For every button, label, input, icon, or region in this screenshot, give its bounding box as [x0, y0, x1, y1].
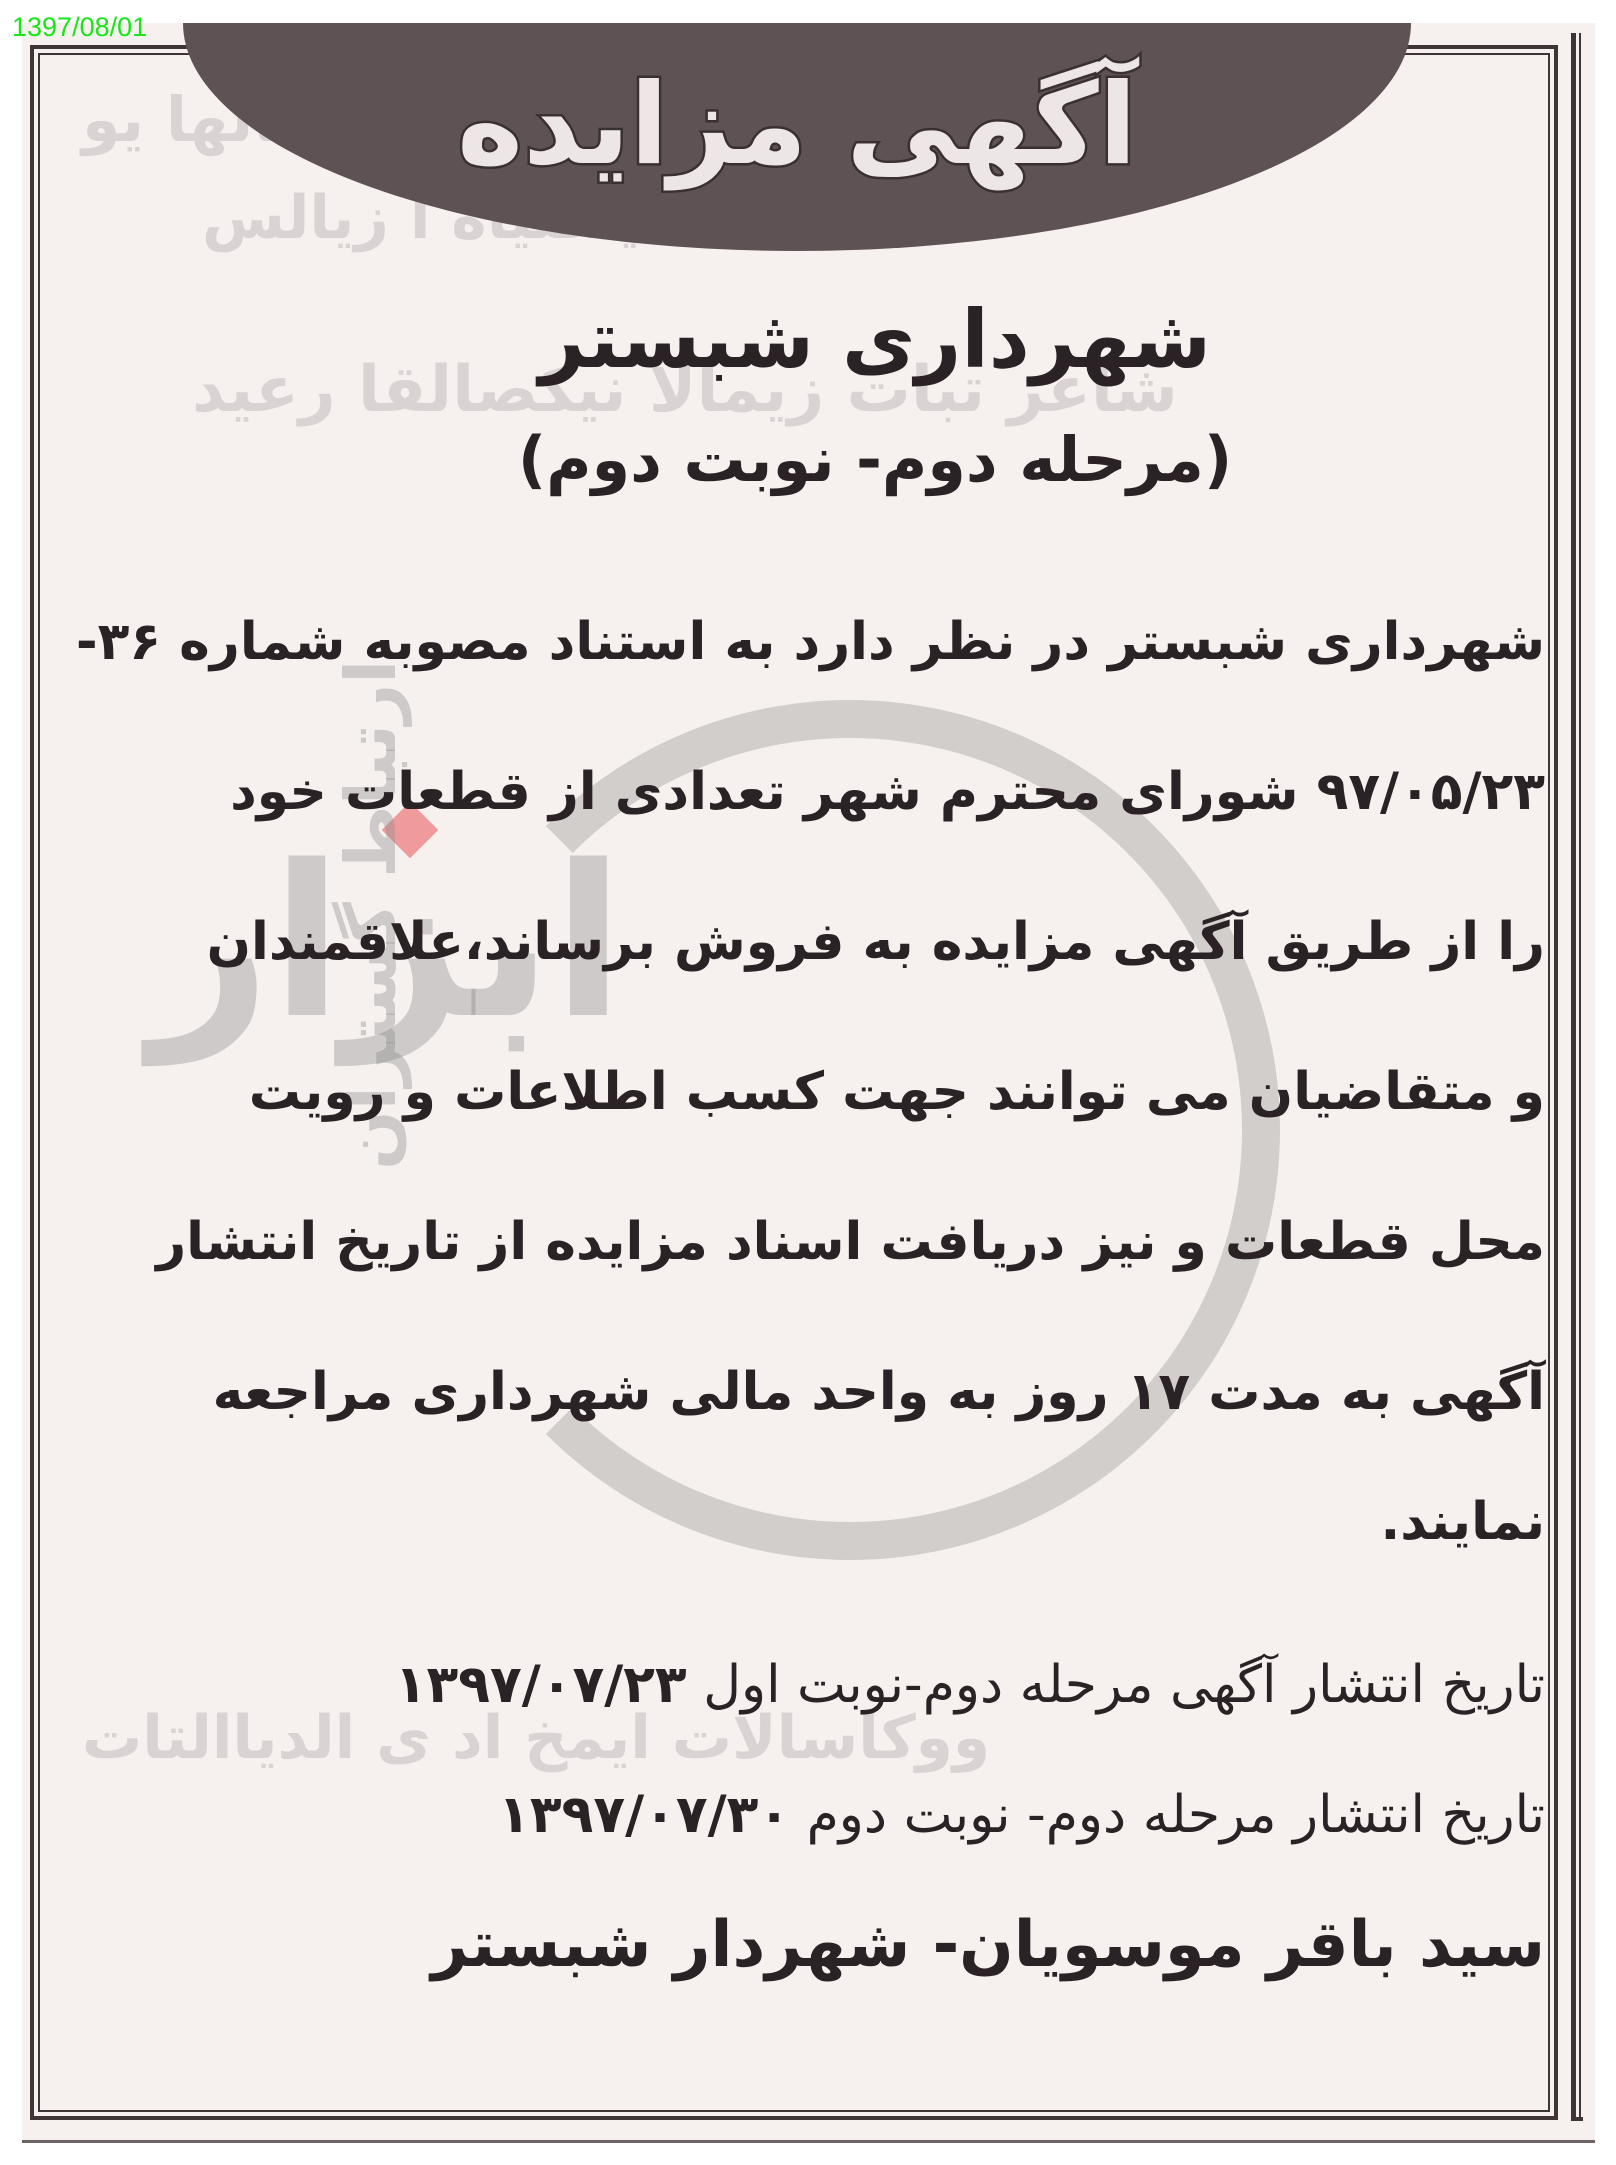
publication-dates: تاریخ انتشار آگهی مرحله دوم-نوبت اول ۱۳۹…: [95, 1615, 1545, 1875]
publication-date-value: ۱۳۹۷/۰۷/۳۰: [498, 1785, 790, 1845]
organization-name: شهرداری شبستر: [205, 285, 1545, 395]
notice-body: شهرداری شبستر در نظر دارد به استناد مصوب…: [95, 567, 1545, 1577]
publication-date-label: تاریخ انتشار آگهی مرحله دوم-نوبت اول: [703, 1655, 1545, 1715]
signature: سید باقر موسویان- شهردار شبستر: [95, 1880, 1545, 2010]
body-line: را از طریق آگهی مزایده به فروش برساند،عل…: [95, 867, 1545, 1017]
body-line: و متقاضیان می توانند جهت کسب اطلاعات و ر…: [95, 1017, 1545, 1167]
body-line: شهرداری شبستر در نظر دارد به استناد مصوب…: [95, 567, 1545, 717]
publication-date-label: تاریخ انتشار مرحله دوم- نوبت دوم: [807, 1785, 1545, 1845]
body-line: ۹۷/۰۵/۲۳ شورای محترم شهر تعدادی از قطعات…: [95, 717, 1545, 867]
scan-date-stamp: 1397/08/01: [12, 14, 147, 41]
page-bottom-rule: [22, 2140, 1595, 2143]
body-line: محل قطعات و نیز دریافت اسناد مزایده از ت…: [95, 1167, 1545, 1317]
notice-content: شهرداری شبستر (مرحله دوم- نوبت دوم) شهرد…: [95, 285, 1545, 2010]
adjacent-column-border: [1571, 33, 1583, 2121]
publication-date-row: تاریخ انتشار آگهی مرحله دوم-نوبت اول ۱۳۹…: [95, 1615, 1545, 1755]
publication-date-row: تاریخ انتشار مرحله دوم- نوبت دوم ۱۳۹۷/۰۷…: [95, 1755, 1545, 1875]
publication-date-value: ۱۳۹۷/۰۷/۲۳: [395, 1655, 687, 1715]
stage-label: (مرحله دوم- نوبت دوم): [205, 405, 1545, 515]
notice-title: آگهی مزایده: [183, 30, 1411, 220]
body-line: آگهی به مدت ۱۷ روز به واحد مالی شهرداری …: [95, 1317, 1545, 1467]
body-line: نمایند.: [95, 1467, 1545, 1577]
